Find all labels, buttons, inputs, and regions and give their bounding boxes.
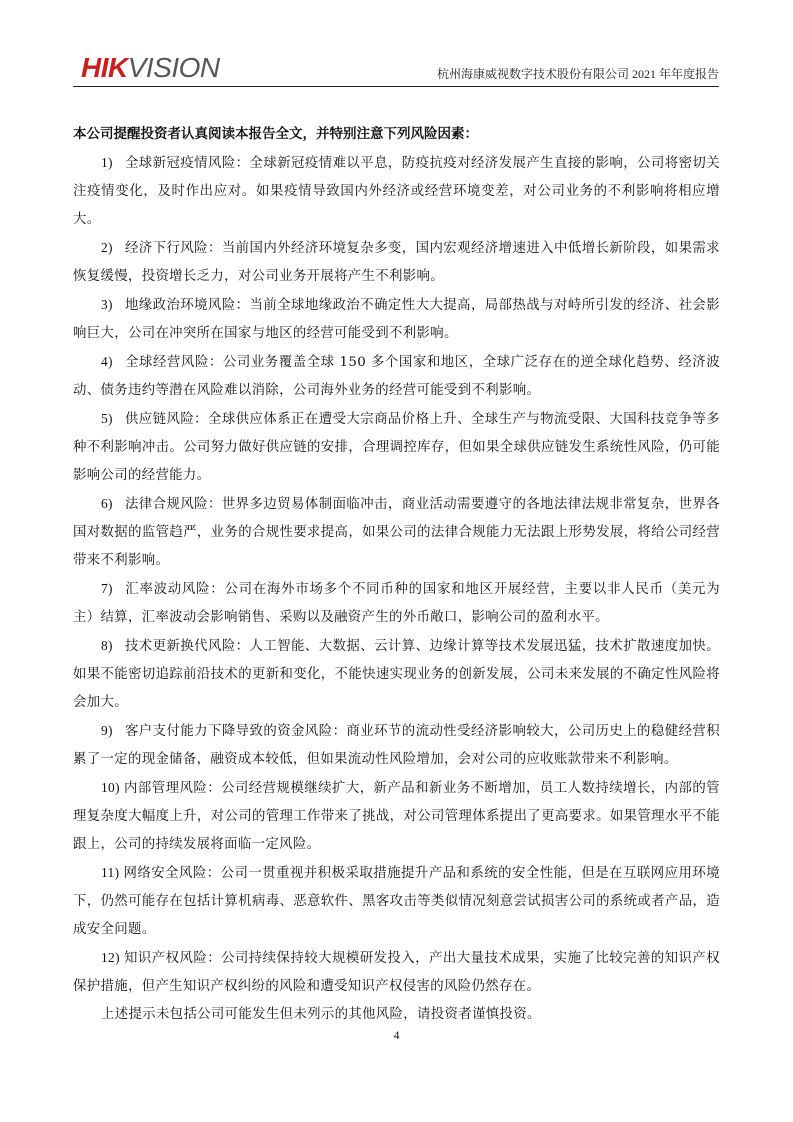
risk-text: 汇率波动风险：公司在海外市场多个不同币种的国家和地区开展经营，主要以非人民币（美… (73, 582, 720, 625)
risk-item-11: 11)网络安全风险：公司一贯重视并积极采取措施提升产品和系统的安全性能，但是在互… (73, 859, 720, 944)
risk-number: 3) (101, 297, 113, 312)
risk-item-3: 3)地缘政治环境风险：当前全球地缘政治不确定性大大提高，局部热战与对峙所引发的经… (73, 291, 720, 348)
risk-item-1: 1)全球新冠疫情风险：全球新冠疫情难以平息，防疫抗疫对经济发展产生直接的影响，公… (73, 149, 720, 234)
risk-item-7: 7)汇率波动风险：公司在海外市场多个不同币种的国家和地区开展经营，主要以非人民币… (73, 575, 720, 632)
risk-item-2: 2)经济下行风险：当前国内外经济环境复杂多变，国内宏观经济增速进入中低增长新阶段… (73, 234, 720, 291)
risk-item-4: 4)全球经营风险：公司业务覆盖全球 150 多个国家和地区，全球广泛存在的逆全球… (73, 348, 720, 405)
risk-heading: 本公司提醒投资者认真阅读本报告全文，并特别注意下列风险因素： (73, 121, 720, 147)
risk-text: 客户支付能力下降导致的资金风险：商业环节的流动性受经济影响较大，公司历史上的稳健… (73, 724, 720, 767)
risk-number: 10) (101, 780, 120, 795)
risk-number: 4) (101, 354, 113, 369)
risk-text: 网络安全风险：公司一贯重视并积极采取措施提升产品和系统的安全性能，但是在互联网应… (73, 866, 720, 937)
risk-text: 法律合规风险：世界多边贸易体制面临冲击，商业活动需要遵守的各地法律法规非常复杂，… (73, 497, 720, 568)
risk-number: 12) (101, 950, 120, 965)
closing-note: 上述提示未包括公司可能发生但未列示的其他风险，请投资者谨慎投资。 (73, 1001, 720, 1029)
risk-number: 5) (101, 411, 113, 426)
risk-number: 9) (101, 723, 113, 738)
risk-text: 全球经营风险：公司业务覆盖全球 150 多个国家和地区，全球广泛存在的逆全球化趋… (73, 355, 720, 398)
risk-item-12: 12)知识产权风险：公司持续保持较大规模研发投入，产出大量技术成果，实施了比较完… (73, 944, 720, 1001)
report-title: 杭州海康威视数字技术股份有限公司 2021 年年度报告 (437, 65, 719, 82)
page-header: HIKVISION 杭州海康威视数字技术股份有限公司 2021 年年度报告 (73, 50, 719, 87)
document-body: 本公司提醒投资者认真阅读本报告全文，并特别注意下列风险因素： 1)全球新冠疫情风… (73, 121, 720, 1029)
risk-item-10: 10)内部管理风险：公司经营规模继续扩大，新产品和新业务不断增加，员工人数持续增… (73, 774, 720, 859)
risk-text: 全球新冠疫情风险：全球新冠疫情难以平息，防疫抗疫对经济发展产生直接的影响，公司将… (73, 156, 720, 227)
risk-item-9: 9)客户支付能力下降导致的资金风险：商业环节的流动性受经济影响较大，公司历史上的… (73, 717, 720, 774)
page-number: 4 (0, 1028, 793, 1043)
risk-number: 8) (101, 638, 113, 653)
risk-text: 经济下行风险：当前国内外经济环境复杂多变，国内宏观经济增速进入中低增长新阶段，如… (73, 241, 720, 284)
risk-number: 1) (101, 155, 113, 170)
logo-vision: VISION (128, 52, 220, 83)
risk-text: 知识产权风险：公司持续保持较大规模研发投入，产出大量技术成果，实施了比较完善的知… (73, 951, 720, 994)
risk-number: 7) (101, 581, 113, 596)
hikvision-logo: HIKVISION (81, 52, 220, 84)
risk-number: 6) (101, 496, 113, 511)
risk-item-6: 6)法律合规风险：世界多边贸易体制面临冲击，商业活动需要遵守的各地法律法规非常复… (73, 490, 720, 575)
risk-number: 2) (101, 240, 113, 255)
risk-text: 供应链风险：全球供应体系正在遭受大宗商品价格上升、全球生产与物流受限、大国科技竞… (73, 412, 720, 483)
logo-hik: HIK (81, 52, 128, 83)
risk-item-5: 5)供应链风险：全球供应体系正在遭受大宗商品价格上升、全球生产与物流受限、大国科… (73, 405, 720, 490)
risk-text: 地缘政治环境风险：当前全球地缘政治不确定性大大提高，局部热战与对峙所引发的经济、… (73, 298, 720, 341)
risk-item-8: 8)技术更新换代风险：人工智能、大数据、云计算、边缘计算等技术发展迅猛，技术扩散… (73, 632, 720, 717)
risk-text: 内部管理风险：公司经营规模继续扩大，新产品和新业务不断增加，员工人数持续增长，内… (73, 781, 720, 852)
risk-number: 11) (101, 865, 119, 880)
risk-text: 技术更新换代风险：人工智能、大数据、云计算、边缘计算等技术发展迅猛，技术扩散速度… (73, 639, 720, 710)
